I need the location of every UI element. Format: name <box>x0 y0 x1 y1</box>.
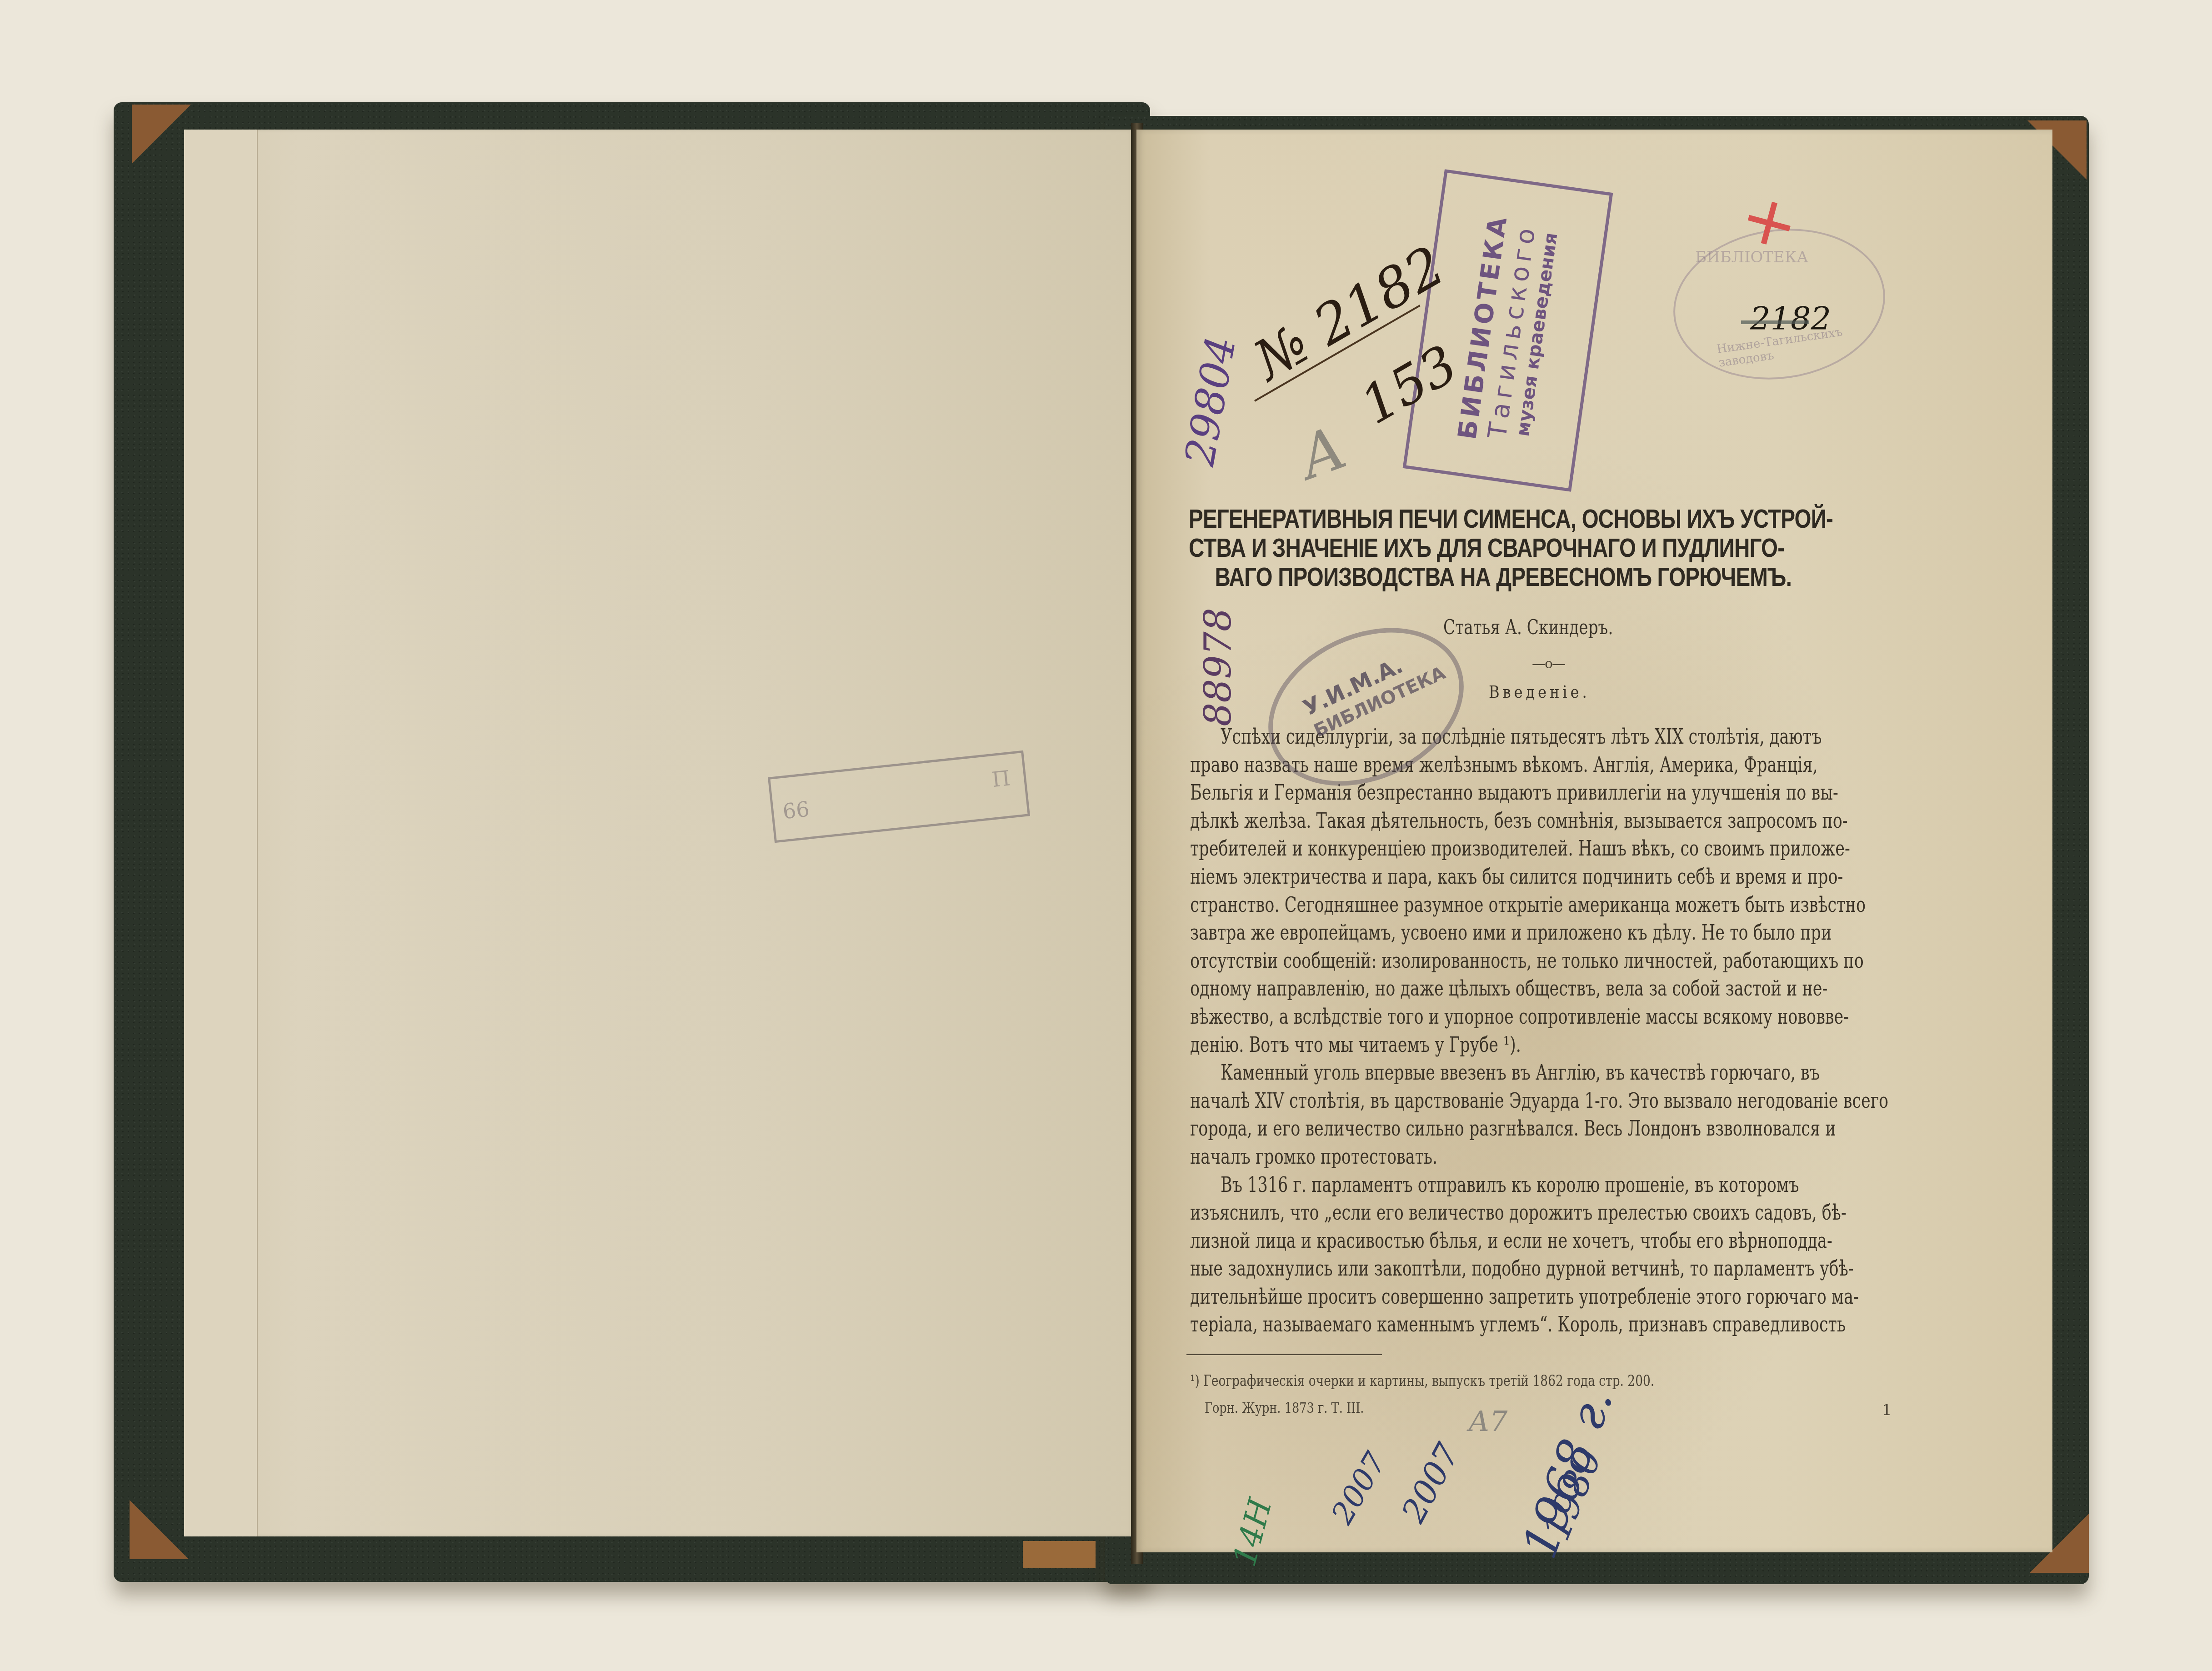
article-author: Статья А. Скиндеръ. <box>1443 616 1613 639</box>
body-line: требителей и конкуренціею производителей… <box>1190 835 1972 863</box>
body-line: завтра же европейцамъ, усвоено ими и при… <box>1190 919 1972 947</box>
body-line: отсутствіи сообщеній: изолированность, н… <box>1190 947 1972 975</box>
body-line: лизной лица и красивостью бѣлья, и если … <box>1190 1227 1972 1255</box>
left-stamp-letter: П <box>991 765 1011 792</box>
body-line: Бельгія и Германія безпрестанно выдаютъ … <box>1190 779 1972 807</box>
body-line: вѣжество, а вслѣдствіе того и упорное со… <box>1190 1003 1972 1031</box>
left-stamp-number: 99 <box>781 796 811 823</box>
journal-signature: Горн. Журн. 1873 г. Т. III. <box>1205 1399 1364 1416</box>
body-line: странство. Сегодняшнее разумное открытіе… <box>1190 891 1972 919</box>
body-line: одному направленію, но даже цѣлыхъ общес… <box>1190 975 1972 1003</box>
body-line: началъ громко протестовать. <box>1190 1143 1972 1171</box>
body-line: ные задохнулись или закоптѣли, подобно д… <box>1190 1255 1972 1283</box>
spine-patch <box>1023 1541 1096 1568</box>
page-number: 1 <box>1882 1401 1892 1419</box>
pencil-strike <box>1741 320 1809 324</box>
body-line: Каменный уголь впервые ввезенъ въ Англію… <box>1190 1059 1972 1087</box>
left-page-guard-strip <box>184 130 258 1536</box>
handwritten-oval-number: 2182 <box>1750 300 1831 337</box>
handwritten-margin-number: 88978 <box>1197 608 1240 726</box>
body-line: города, и его величество сильно разгнѣва… <box>1190 1115 1972 1143</box>
body-line: ніемъ электричества и пара, какъ бы сили… <box>1190 863 1972 891</box>
body-line: изъяснилъ, что „если его величество доро… <box>1190 1199 1972 1227</box>
body-line: теріала, называемаго каменнымъ углемъ“. … <box>1190 1311 1972 1339</box>
section-heading: Введеніе. <box>1489 682 1590 702</box>
article-body: Успѣхи сиделлургіи, за послѣдніе пятьдес… <box>1190 723 1972 1339</box>
body-line: дительнѣйше проситъ совершенно запретить… <box>1190 1283 1972 1311</box>
body-line: началѣ XIV столѣтія, въ царствованіе Эду… <box>1190 1087 1972 1115</box>
title-line: РЕГЕНЕРАТИВНЫЯ ПЕЧИ СИМЕНСА, ОСНОВЫ ИХЪ … <box>1189 505 1890 534</box>
title-line: ВАГО ПРОИЗВОДСТВА НА ДРЕВЕСНОМЪ ГОРЮЧЕМЪ… <box>1189 563 1890 592</box>
body-line: дѣлкѣ желѣза. Такая дѣятельность, безъ с… <box>1190 807 1972 835</box>
body-line: Въ 1316 г. парламентъ отправилъ къ корол… <box>1190 1171 1972 1199</box>
left-page <box>184 130 1134 1536</box>
title-line: СТВА И ЗНАЧЕНІЕ ИХЪ ДЛЯ СВАРОЧНАГО И ПУД… <box>1189 534 1890 563</box>
article-title: РЕГЕНЕРАТИВНЫЯ ПЕЧИ СИМЕНСА, ОСНОВЫ ИХЪ … <box>1189 505 1890 592</box>
body-line: денію. Вотъ что мы читаемъ у Грубе ¹). <box>1190 1031 1972 1059</box>
footnote-rule <box>1186 1354 1382 1355</box>
pencil-note: А7 <box>1468 1405 1507 1438</box>
ornament-divider: —o— <box>1532 656 1565 672</box>
